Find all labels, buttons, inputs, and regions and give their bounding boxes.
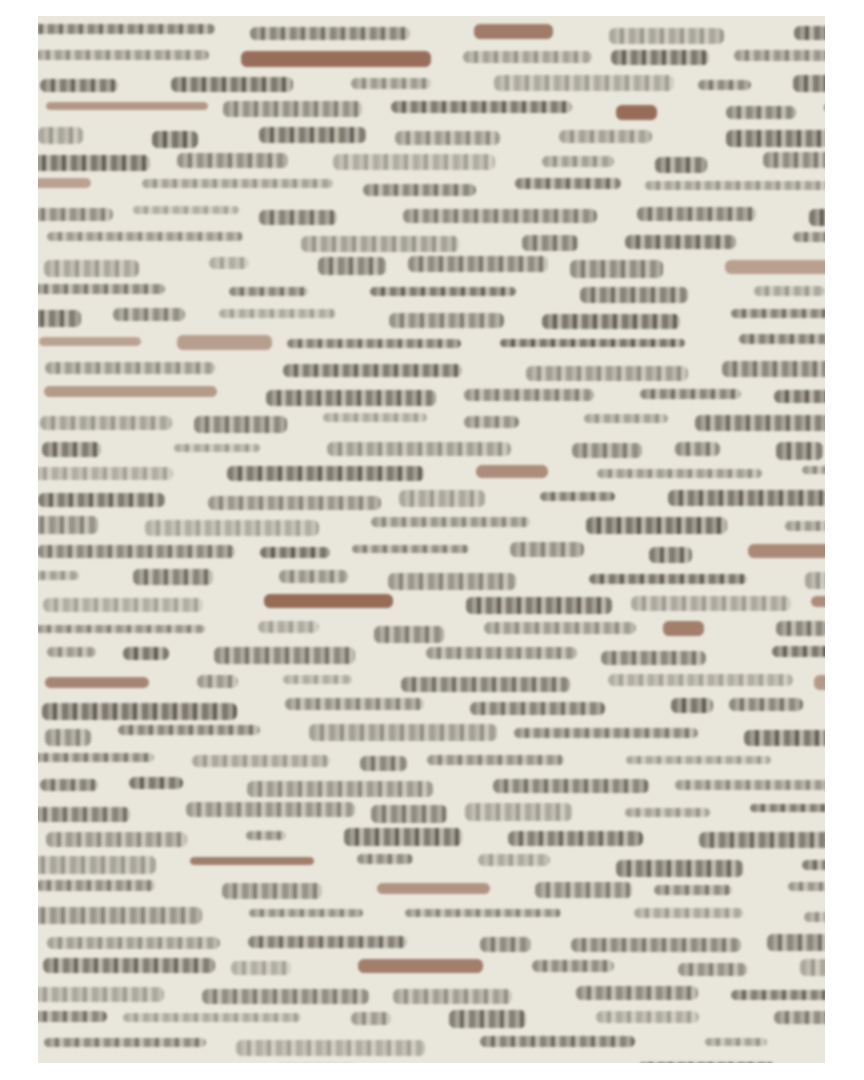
rug-stripe	[391, 101, 572, 113]
rug-stripe	[649, 547, 692, 562]
rug-stripe	[788, 882, 825, 891]
rug-stripe	[38, 753, 154, 762]
rug-stripe	[480, 937, 531, 952]
rug-stripe	[526, 366, 688, 381]
rug-stripe	[42, 442, 101, 457]
rug-stripe	[186, 802, 355, 817]
rug-stripe	[678, 963, 747, 976]
rug-stripe	[360, 756, 408, 771]
rug-stripe	[726, 130, 825, 147]
rug-stripe	[38, 310, 81, 327]
rug-stripe	[776, 621, 825, 636]
rug-stripe	[123, 1013, 301, 1022]
rug-stripe	[699, 832, 825, 847]
rug-stripe	[750, 804, 825, 812]
rug-stripe	[675, 442, 720, 455]
rug-stripe	[327, 442, 511, 455]
rug-stripe	[668, 490, 825, 506]
rug-stripe	[177, 335, 272, 349]
rug-stripe	[38, 907, 202, 924]
rug-stripe	[514, 728, 697, 739]
rug-stripe	[616, 105, 656, 119]
rug-stripe	[634, 908, 743, 918]
rug-stripe	[522, 235, 579, 251]
rug-stripe	[589, 574, 747, 584]
rug-stripe	[601, 651, 706, 665]
rug-stripe	[43, 598, 203, 612]
rug-stripe	[45, 362, 215, 375]
rug-stripe	[38, 208, 113, 222]
rug-stripe	[222, 883, 322, 899]
rug-stripe	[802, 860, 825, 871]
rug-stripe	[772, 646, 825, 657]
rug-stripe	[580, 287, 688, 303]
rug-stripe	[358, 959, 483, 973]
rug-stripe	[309, 724, 497, 741]
rug-stripe	[654, 885, 732, 896]
rug-stripe	[637, 207, 757, 221]
rug-stripe	[739, 334, 825, 344]
rug-stripe	[38, 155, 150, 171]
rug-stripe	[814, 675, 825, 690]
rug-stripe	[38, 571, 79, 580]
rug-stripe	[214, 647, 355, 664]
rug-stripe	[38, 284, 165, 294]
rug-stripe	[824, 103, 825, 112]
rug-stripe	[625, 235, 736, 249]
rug-stripe	[190, 857, 314, 865]
rug-stripe	[231, 961, 291, 975]
rug-stripe	[500, 339, 685, 347]
rug-stripe	[616, 860, 743, 878]
rug-stripe	[344, 828, 462, 846]
rug-stripe	[597, 469, 762, 478]
rug-stripe	[571, 938, 740, 952]
rug-stripe	[38, 987, 164, 1002]
rug-stripe	[540, 492, 615, 501]
rug-stripe	[663, 621, 704, 635]
rug-stripe	[38, 493, 165, 507]
rug-stripe	[44, 260, 138, 277]
rug-stripe	[241, 51, 431, 66]
rug-stripe	[802, 466, 825, 475]
rug-stripe	[722, 361, 825, 377]
rug-stripe	[464, 389, 594, 401]
rug-stripe	[45, 729, 91, 746]
rug-stripe	[793, 232, 825, 242]
rug-stripe	[236, 1040, 424, 1057]
rug-stripe	[38, 127, 83, 144]
rug-stripe	[805, 572, 825, 589]
rug-stripe	[202, 989, 369, 1004]
rug-stripe	[133, 569, 212, 584]
rug-stripe	[142, 179, 333, 188]
rug-stripe	[535, 882, 632, 898]
rug-stripe	[259, 210, 336, 226]
rug-stripe	[247, 781, 433, 796]
rug-stripe	[197, 675, 237, 688]
rug-stripe	[449, 1010, 526, 1028]
rug-photo	[38, 16, 825, 1063]
rug-stripe	[38, 1011, 107, 1022]
rug-stripe	[301, 236, 459, 252]
rug-stripe	[774, 390, 825, 404]
rug-stripe	[351, 78, 431, 90]
rug-stripe	[494, 75, 674, 91]
rug-stripe	[47, 232, 243, 241]
rug-stripe	[763, 152, 825, 168]
rug-stripe	[47, 937, 220, 949]
rug-stripe	[542, 156, 614, 167]
rug-stripe	[287, 339, 461, 347]
rug-stripe	[323, 413, 427, 423]
rug-stripe	[208, 496, 381, 510]
rug-stripe	[754, 286, 824, 296]
rug-stripe	[374, 626, 444, 643]
rug-stripe	[43, 958, 214, 973]
rug-stripe	[388, 573, 516, 590]
rug-stripe	[38, 880, 155, 890]
rug-stripe	[192, 755, 330, 767]
rug-stripe	[478, 854, 551, 866]
rug-stripe	[508, 831, 643, 846]
rug-stripe	[675, 780, 825, 790]
rug-stripe	[625, 808, 710, 818]
rug-stripe	[279, 570, 348, 583]
rug-stripe	[44, 1038, 206, 1046]
rug-stripe	[671, 698, 713, 713]
rug-stripe	[266, 390, 436, 407]
rug-stripe	[45, 677, 149, 689]
rug-stripe	[698, 80, 750, 90]
rug-stripe	[133, 206, 239, 214]
rug-stripe	[559, 130, 653, 142]
rug-stripe	[229, 287, 307, 296]
rug-stripe	[363, 184, 476, 196]
rug-stripe	[118, 725, 260, 736]
rug-stripe	[640, 389, 741, 399]
rug-stripe	[333, 154, 494, 170]
rug-stripe	[767, 934, 825, 951]
rug-stripe	[725, 260, 825, 274]
rug-stripe	[586, 517, 727, 534]
rug-stripe	[38, 856, 156, 873]
rug-stripe	[246, 831, 286, 839]
rug-stripe	[774, 1011, 825, 1023]
rug-stripe	[44, 386, 217, 396]
rug-stripe	[318, 257, 386, 274]
rug-stripe	[113, 308, 185, 321]
rug-stripe	[596, 1011, 699, 1023]
rug-stripe	[194, 416, 287, 433]
rug-stripe	[219, 309, 336, 318]
rug-stripe	[42, 703, 237, 719]
rug-stripe	[470, 702, 605, 715]
rug-stripe	[811, 596, 825, 607]
rug-stripe	[357, 854, 413, 864]
rug-stripe	[464, 416, 519, 428]
rug-stripe	[638, 1062, 775, 1063]
rug-stripe	[171, 77, 294, 92]
rug-stripe	[611, 50, 709, 65]
rug-stripe	[152, 131, 198, 148]
rug-stripe	[626, 756, 772, 764]
rug-stripe	[38, 516, 98, 534]
rug-stripe	[250, 27, 410, 40]
rug-stripe	[38, 467, 173, 479]
rug-stripe	[476, 465, 548, 477]
rug-stripe	[40, 416, 172, 430]
rug-stripe	[463, 51, 593, 63]
rug-stripe	[744, 730, 825, 746]
rug-stripe	[399, 490, 485, 506]
rug-stripe	[40, 79, 117, 92]
rug-stripe	[645, 181, 825, 190]
rug-stripe	[734, 50, 825, 62]
rug-stripe	[46, 102, 208, 110]
rug-stripe	[794, 26, 825, 40]
rug-stripe	[145, 520, 319, 536]
rug-stripe	[405, 909, 560, 917]
rug-stripe	[608, 674, 793, 686]
rug-stripe	[38, 625, 205, 634]
rug-stripe	[283, 364, 462, 377]
rug-stripe	[729, 698, 804, 710]
rug-stripe	[285, 698, 424, 710]
rug-stripe	[776, 442, 823, 460]
rug-stripe	[609, 28, 724, 44]
rug-stripe	[393, 989, 512, 1004]
rug-stripe	[576, 986, 698, 1000]
rug-stripe	[248, 936, 407, 948]
rug-stripe	[38, 178, 91, 187]
rug-stripe	[177, 153, 288, 168]
rug-stripe	[395, 131, 500, 145]
rug-stripe	[466, 597, 613, 614]
rug-stripe	[352, 545, 469, 553]
rug-stripe	[570, 260, 663, 278]
rug-stripe	[123, 647, 168, 660]
rug-stripe	[371, 517, 531, 528]
rug-stripe	[426, 647, 577, 659]
rug-stripe	[748, 544, 825, 559]
rug-stripe	[542, 314, 680, 330]
rug-stripe	[174, 444, 260, 452]
rug-stripe	[40, 779, 98, 791]
rug-stripe	[39, 337, 141, 346]
rug-stripe	[493, 779, 649, 793]
rug-stripe	[809, 209, 825, 225]
rug-stripe	[258, 621, 320, 633]
rug-stripe	[532, 960, 615, 972]
rug-stripe	[655, 157, 707, 173]
rug-stripe	[370, 287, 516, 296]
rug-stripe	[38, 807, 130, 822]
rug-stripe	[408, 256, 548, 272]
rug-stripe	[427, 755, 565, 764]
rug-stripe	[631, 596, 792, 611]
rug-stripe	[705, 1038, 766, 1046]
rug-stripe	[249, 909, 363, 917]
rug-stripe	[584, 414, 668, 423]
rug-stripe	[726, 106, 796, 120]
rug-stripe	[403, 209, 597, 224]
rug-stripe	[46, 832, 187, 847]
rug-stripe	[38, 24, 215, 34]
rug-stripe	[209, 257, 249, 269]
rug-stripe	[47, 647, 96, 657]
rug-stripe	[800, 959, 825, 977]
rug-stripe	[283, 675, 353, 684]
rug-stripe	[480, 1036, 636, 1047]
rug-stripe	[371, 805, 447, 823]
rug-stripe	[804, 912, 825, 922]
rug-stripe	[785, 521, 825, 531]
rug-stripe	[227, 466, 423, 481]
rug-stripe	[259, 127, 366, 142]
rug-stripe	[377, 883, 490, 894]
rug-stripe	[264, 594, 394, 608]
rug-stripe	[484, 622, 636, 634]
rug-stripe	[465, 803, 572, 821]
rug-stripe	[572, 443, 642, 458]
rug-stripe	[223, 101, 362, 116]
rug-stripe	[38, 545, 235, 559]
rug-stripe	[38, 50, 209, 60]
rug-stripe	[260, 547, 330, 558]
rug-stripe	[731, 309, 825, 318]
rug-stripe	[474, 24, 553, 39]
rug-stripe	[129, 777, 182, 789]
rug-stripe	[401, 677, 570, 692]
rug-stripe	[731, 990, 825, 1000]
rug-stripe	[510, 542, 584, 556]
rug-stripe	[389, 313, 504, 328]
rug-stripe	[515, 178, 622, 188]
rug-stripe	[793, 75, 825, 92]
rug-stripe	[695, 415, 825, 431]
rug-stripe	[351, 1012, 391, 1024]
